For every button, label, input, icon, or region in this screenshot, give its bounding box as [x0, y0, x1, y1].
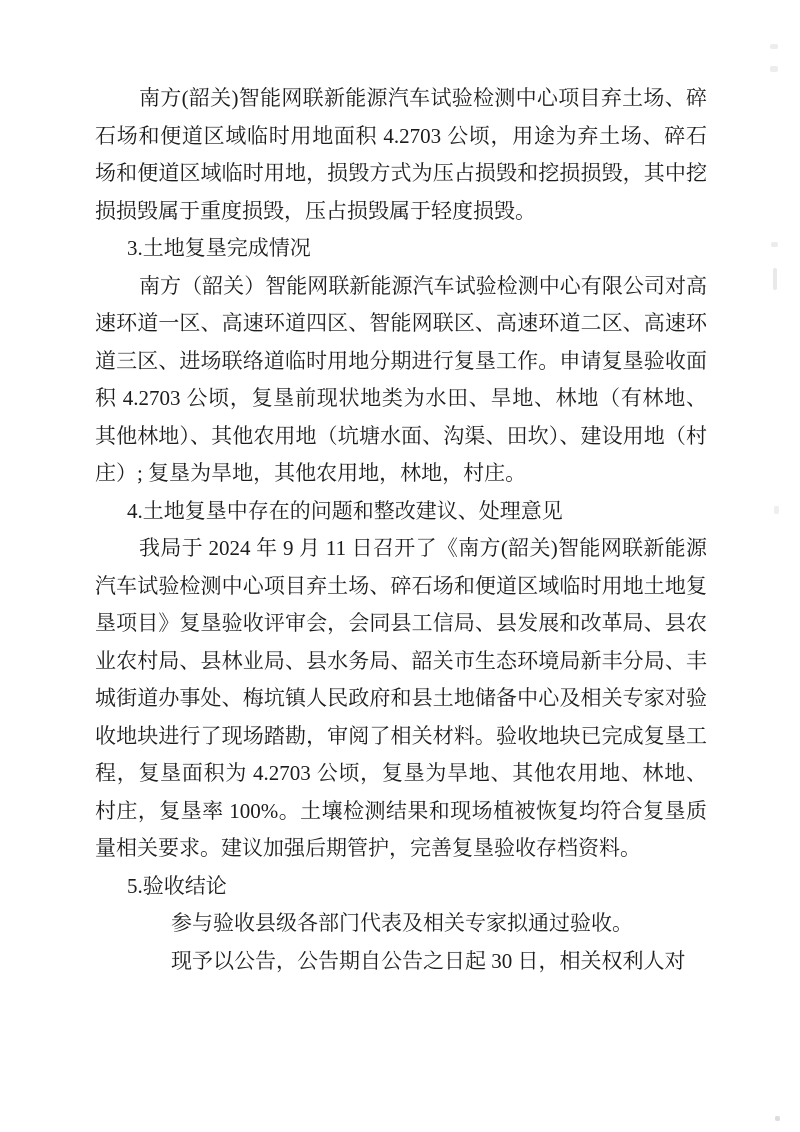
scan-artifact — [770, 66, 778, 72]
section-heading: 5.验收结论 — [95, 868, 707, 906]
scan-artifact — [773, 268, 777, 290]
paragraph: 南方（韶关）智能网联新能源汽车试验检测中心有限公司对高速环道一区、高速环道四区、… — [95, 268, 707, 493]
document-body: 南方(韶关)智能网联新能源汽车试验检测中心项目弃土场、碎石场和便道区域临时用地面… — [95, 80, 707, 980]
section-heading: 4.土地复垦中存在的问题和整改建议、处理意见 — [95, 493, 707, 531]
paragraph: 我局于 2024 年 9 月 11 日召开了《南方(韶关)智能网联新能源汽车试验… — [95, 530, 707, 868]
scan-artifact — [774, 506, 779, 514]
document-page: 南方(韶关)智能网联新能源汽车试验检测中心项目弃土场、碎石场和便道区域临时用地面… — [0, 0, 800, 1132]
scan-artifact — [771, 242, 778, 247]
scan-artifact — [770, 44, 778, 49]
paragraph: 南方(韶关)智能网联新能源汽车试验检测中心项目弃土场、碎石场和便道区域临时用地面… — [95, 80, 707, 230]
scan-artifact — [775, 1116, 780, 1121]
paragraph: 现予以公告，公告期自公告之日起 30 日，相关权利人对 — [95, 943, 707, 981]
section-heading: 3.土地复垦完成情况 — [95, 230, 707, 268]
paragraph: 参与验收县级各部门代表及相关专家拟通过验收。 — [95, 905, 707, 943]
